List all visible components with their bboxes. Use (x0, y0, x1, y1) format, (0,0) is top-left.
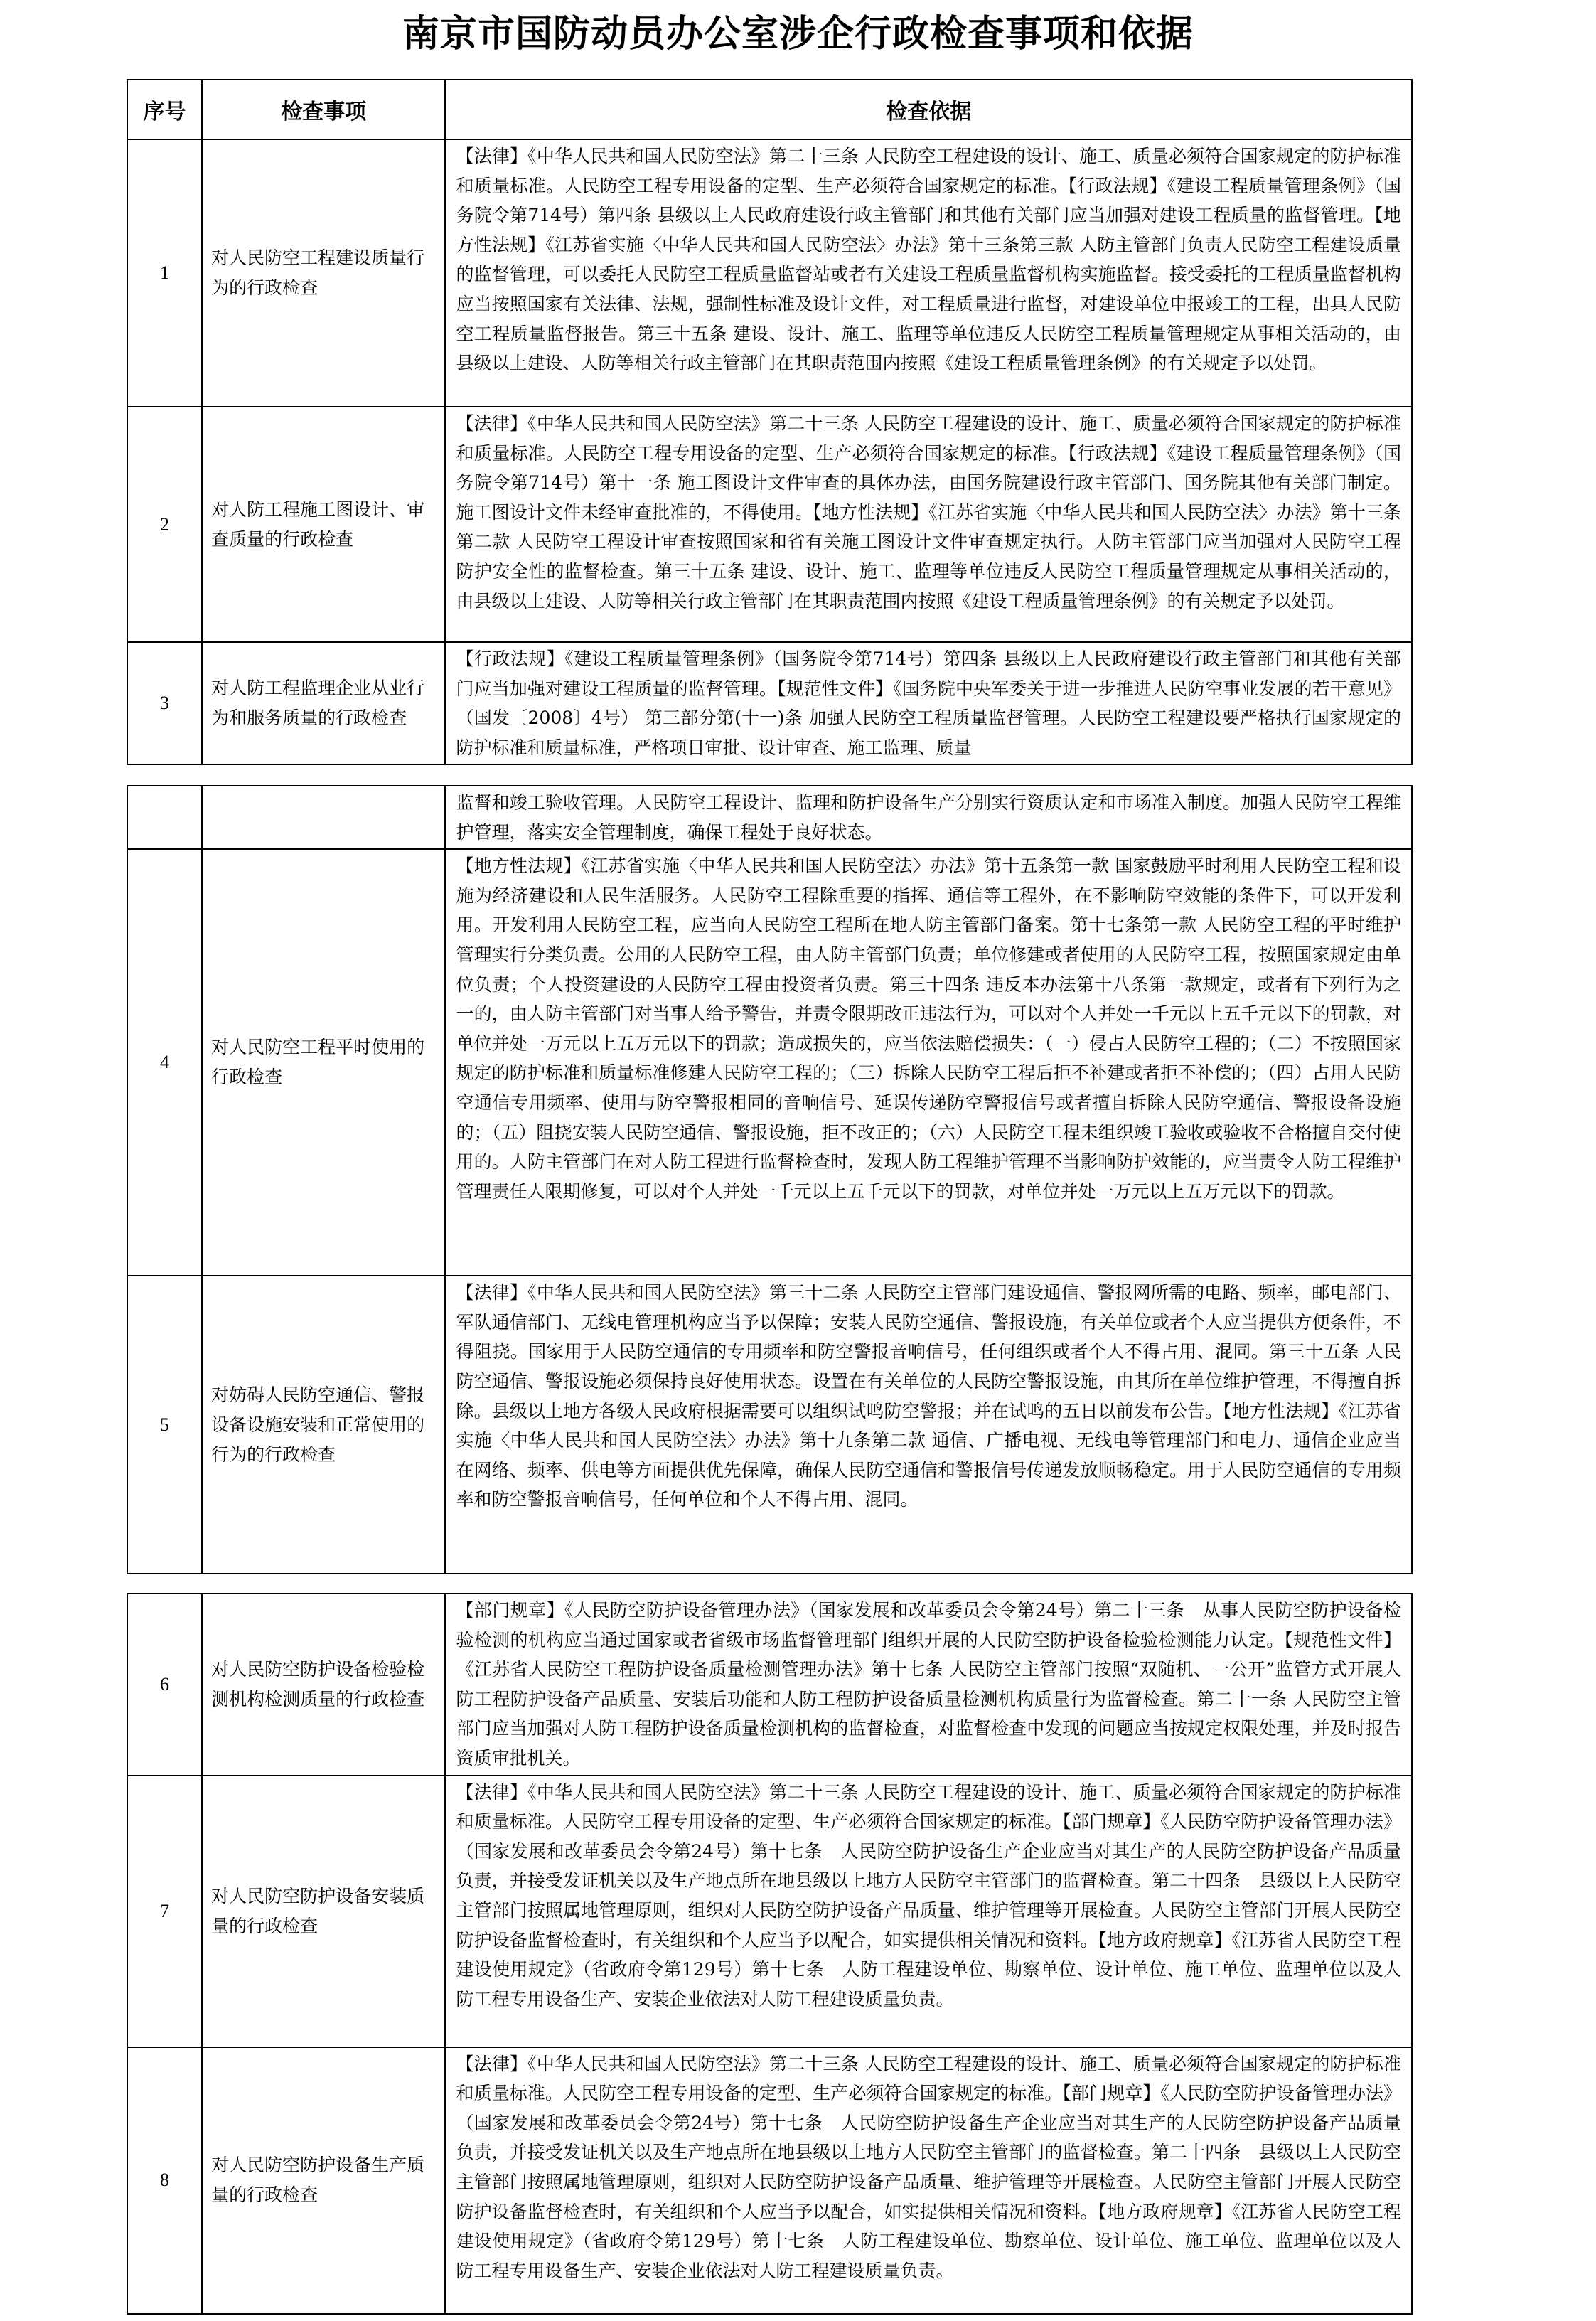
row-number: 8 (127, 2047, 202, 2314)
inspection-table-part-3: 6 对人民防空防护设备检验检测机构检测质量的行政检查 【部门规章】《人民防空防护… (127, 1593, 1413, 2315)
inspection-basis: 【行政法规】《建设工程质量管理条例》（国务院令第714号）第四条 县级以上人民政… (445, 642, 1412, 764)
row-number: 7 (127, 1776, 202, 2047)
table-row: 3 对人防工程监理企业从业行为和服务质量的行政检查 【行政法规】《建设工程质量管… (127, 642, 1412, 764)
table-row: 7 对人民防空防护设备安装质量的行政检查 【法律】《中华人民共和国人民防空法》第… (127, 1776, 1412, 2047)
inspection-item: 对人民防空防护设备生产质量的行政检查 (202, 2047, 445, 2314)
page-title: 南京市国防动员办公室涉企行政检查事项和依据 (0, 7, 1596, 61)
inspection-item: 对妨碍人民防空通信、警报设备设施安装和正常使用的行为的行政检查 (202, 1276, 445, 1574)
inspection-basis: 【法律】《中华人民共和国人民防空法》第二十三条 人民防空工程建设的设计、施工、质… (445, 407, 1412, 642)
table-row: 4 对人民防空工程平时使用的行政检查 【地方性法规】《江苏省实施〈中华人民共和国… (127, 849, 1412, 1276)
inspection-item: 对人防工程施工图设计、审查质量的行政检查 (202, 407, 445, 642)
header-inspection-basis: 检查依据 (445, 80, 1412, 139)
inspection-item: 对人民防空工程建设质量行为的行政检查 (202, 139, 445, 407)
table-row: 2 对人防工程施工图设计、审查质量的行政检查 【法律】《中华人民共和国人民防空法… (127, 407, 1412, 642)
table-row: 8 对人民防空防护设备生产质量的行政检查 【法律】《中华人民共和国人民防空法》第… (127, 2047, 1412, 2314)
table-row: 1 对人民防空工程建设质量行为的行政检查 【法律】《中华人民共和国人民防空法》第… (127, 139, 1412, 407)
inspection-basis: 【法律】《中华人民共和国人民防空法》第三十二条 人民防空主管部门建设通信、警报网… (445, 1276, 1412, 1574)
inspection-table-part-1: 序号 检查事项 检查依据 1 对人民防空工程建设质量行为的行政检查 【法律】《中… (127, 79, 1413, 765)
row-number: 3 (127, 642, 202, 764)
row-number: 4 (127, 849, 202, 1276)
inspection-basis: 【法律】《中华人民共和国人民防空法》第二十三条 人民防空工程建设的设计、施工、质… (445, 1776, 1412, 2047)
inspection-basis: 【部门规章】《人民防空防护设备管理办法》（国家发展和改革委员会令第24号）第二十… (445, 1594, 1412, 1776)
inspection-basis: 【法律】《中华人民共和国人民防空法》第二十三条 人民防空工程建设的设计、施工、质… (445, 2047, 1412, 2314)
row-number: 6 (127, 1594, 202, 1776)
row-number: 1 (127, 139, 202, 407)
table-header-row: 序号 检查事项 检查依据 (127, 80, 1412, 139)
header-inspection-item: 检查事项 (202, 80, 445, 139)
row-number: 2 (127, 407, 202, 642)
inspection-basis: 【地方性法规】《江苏省实施〈中华人民共和国人民防空法〉办法》第十五条第一款 国家… (445, 849, 1412, 1276)
row-number: 5 (127, 1276, 202, 1574)
inspection-item: 对人民防空工程平时使用的行政检查 (202, 849, 445, 1276)
table-row-continuation: 监督和竣工验收管理。人民防空工程设计、监理和防护设备生产分别实行资质认定和市场准… (127, 786, 1412, 849)
table-row: 5 对妨碍人民防空通信、警报设备设施安装和正常使用的行为的行政检查 【法律】《中… (127, 1276, 1412, 1574)
inspection-item: 对人防工程监理企业从业行为和服务质量的行政检查 (202, 642, 445, 764)
inspection-item: 对人民防空防护设备安装质量的行政检查 (202, 1776, 445, 2047)
inspection-basis-continued: 监督和竣工验收管理。人民防空工程设计、监理和防护设备生产分别实行资质认定和市场准… (445, 786, 1412, 849)
header-serial-number: 序号 (127, 80, 202, 139)
inspection-table-part-2: 监督和竣工验收管理。人民防空工程设计、监理和防护设备生产分别实行资质认定和市场准… (127, 785, 1413, 1574)
inspection-basis: 【法律】《中华人民共和国人民防空法》第二十三条 人民防空工程建设的设计、施工、质… (445, 139, 1412, 407)
table-row: 6 对人民防空防护设备检验检测机构检测质量的行政检查 【部门规章】《人民防空防护… (127, 1594, 1412, 1776)
inspection-item: 对人民防空防护设备检验检测机构检测质量的行政检查 (202, 1594, 445, 1776)
